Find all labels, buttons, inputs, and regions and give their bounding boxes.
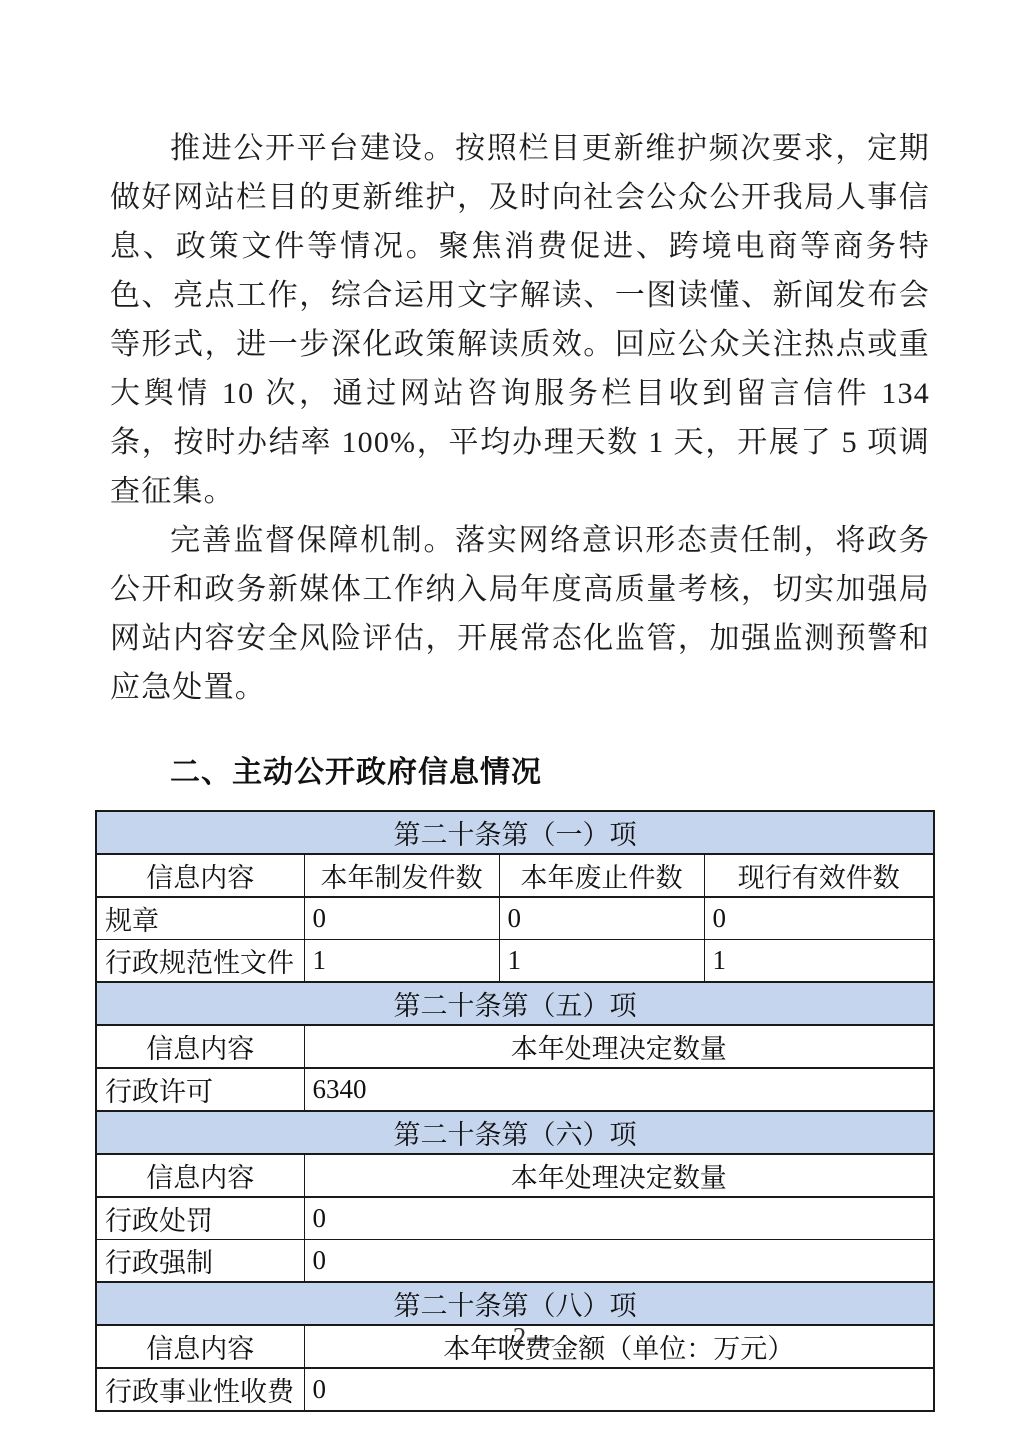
column-header: 信息内容 [96,854,304,897]
row-label: 规章 [96,897,304,940]
table-header-row: 信息内容 本年处理决定数量 [96,1154,934,1197]
paragraph-platform-building: 推进公开平台建设。按照栏目更新维护频次要求，定期做好网站栏目的更新维护，及时向社… [110,124,930,516]
table-row-administrative-coercion: 行政强制 0 [96,1240,934,1283]
cell-value: 1 [499,940,704,983]
band-label: 第二十条第（六）项 [96,1111,934,1154]
table-band-article20-item8: 第二十条第（八）项 [96,1282,934,1325]
column-header: 现行有效件数 [704,854,934,897]
page-number: —2— [110,1322,930,1353]
table-band-article20-item1: 第二十条第（一）项 [96,811,934,854]
row-label: 行政许可 [96,1068,304,1111]
band-label: 第二十条第（五）项 [96,982,934,1025]
table-row-administrative-fees: 行政事业性收费 0 [96,1368,934,1411]
row-label: 行政事业性收费 [96,1368,304,1411]
column-header: 本年处理决定数量 [304,1154,934,1197]
column-header: 信息内容 [96,1154,304,1197]
cell-value: 1 [304,940,499,983]
band-label: 第二十条第（一）项 [96,811,934,854]
document-content: 推进公开平台建设。按照栏目更新维护频次要求，定期做好网站栏目的更新维护，及时向社… [110,0,930,1412]
cell-value: 1 [704,940,934,983]
row-label: 行政规范性文件 [96,940,304,983]
cell-value: 0 [704,897,934,940]
table-row-administrative-penalty: 行政处罚 0 [96,1197,934,1240]
column-header: 信息内容 [96,1025,304,1068]
column-header: 本年制发件数 [304,854,499,897]
cell-value: 6340 [304,1068,934,1111]
section-heading: 二、主动公开政府信息情况 [110,752,930,794]
row-label: 行政强制 [96,1240,304,1283]
row-label: 行政处罚 [96,1197,304,1240]
table-header-row: 信息内容 本年处理决定数量 [96,1025,934,1068]
column-header: 本年处理决定数量 [304,1025,934,1068]
table-band-article20-item5: 第二十条第（五）项 [96,982,934,1025]
cell-value: 0 [304,1368,934,1411]
cell-value: 0 [304,897,499,940]
cell-value: 0 [304,1240,934,1283]
document-page: 推进公开平台建设。按照栏目更新维护频次要求，定期做好网站栏目的更新维护，及时向社… [0,0,1024,1449]
table-row-administrative-license: 行政许可 6340 [96,1068,934,1111]
cell-value: 0 [304,1197,934,1240]
band-label: 第二十条第（八）项 [96,1282,934,1325]
table-header-row: 信息内容 本年制发件数 本年废止件数 现行有效件数 [96,854,934,897]
table-row-regulations: 规章 0 0 0 [96,897,934,940]
table-band-article20-item6: 第二十条第（六）项 [96,1111,934,1154]
table-row-normative-documents: 行政规范性文件 1 1 1 [96,940,934,983]
column-header: 本年废止件数 [499,854,704,897]
cell-value: 0 [499,897,704,940]
paragraph-supervision-mechanism: 完善监督保障机制。落实网络意识形态责任制，将政务公开和政务新媒体工作纳入局年度高… [110,516,930,712]
